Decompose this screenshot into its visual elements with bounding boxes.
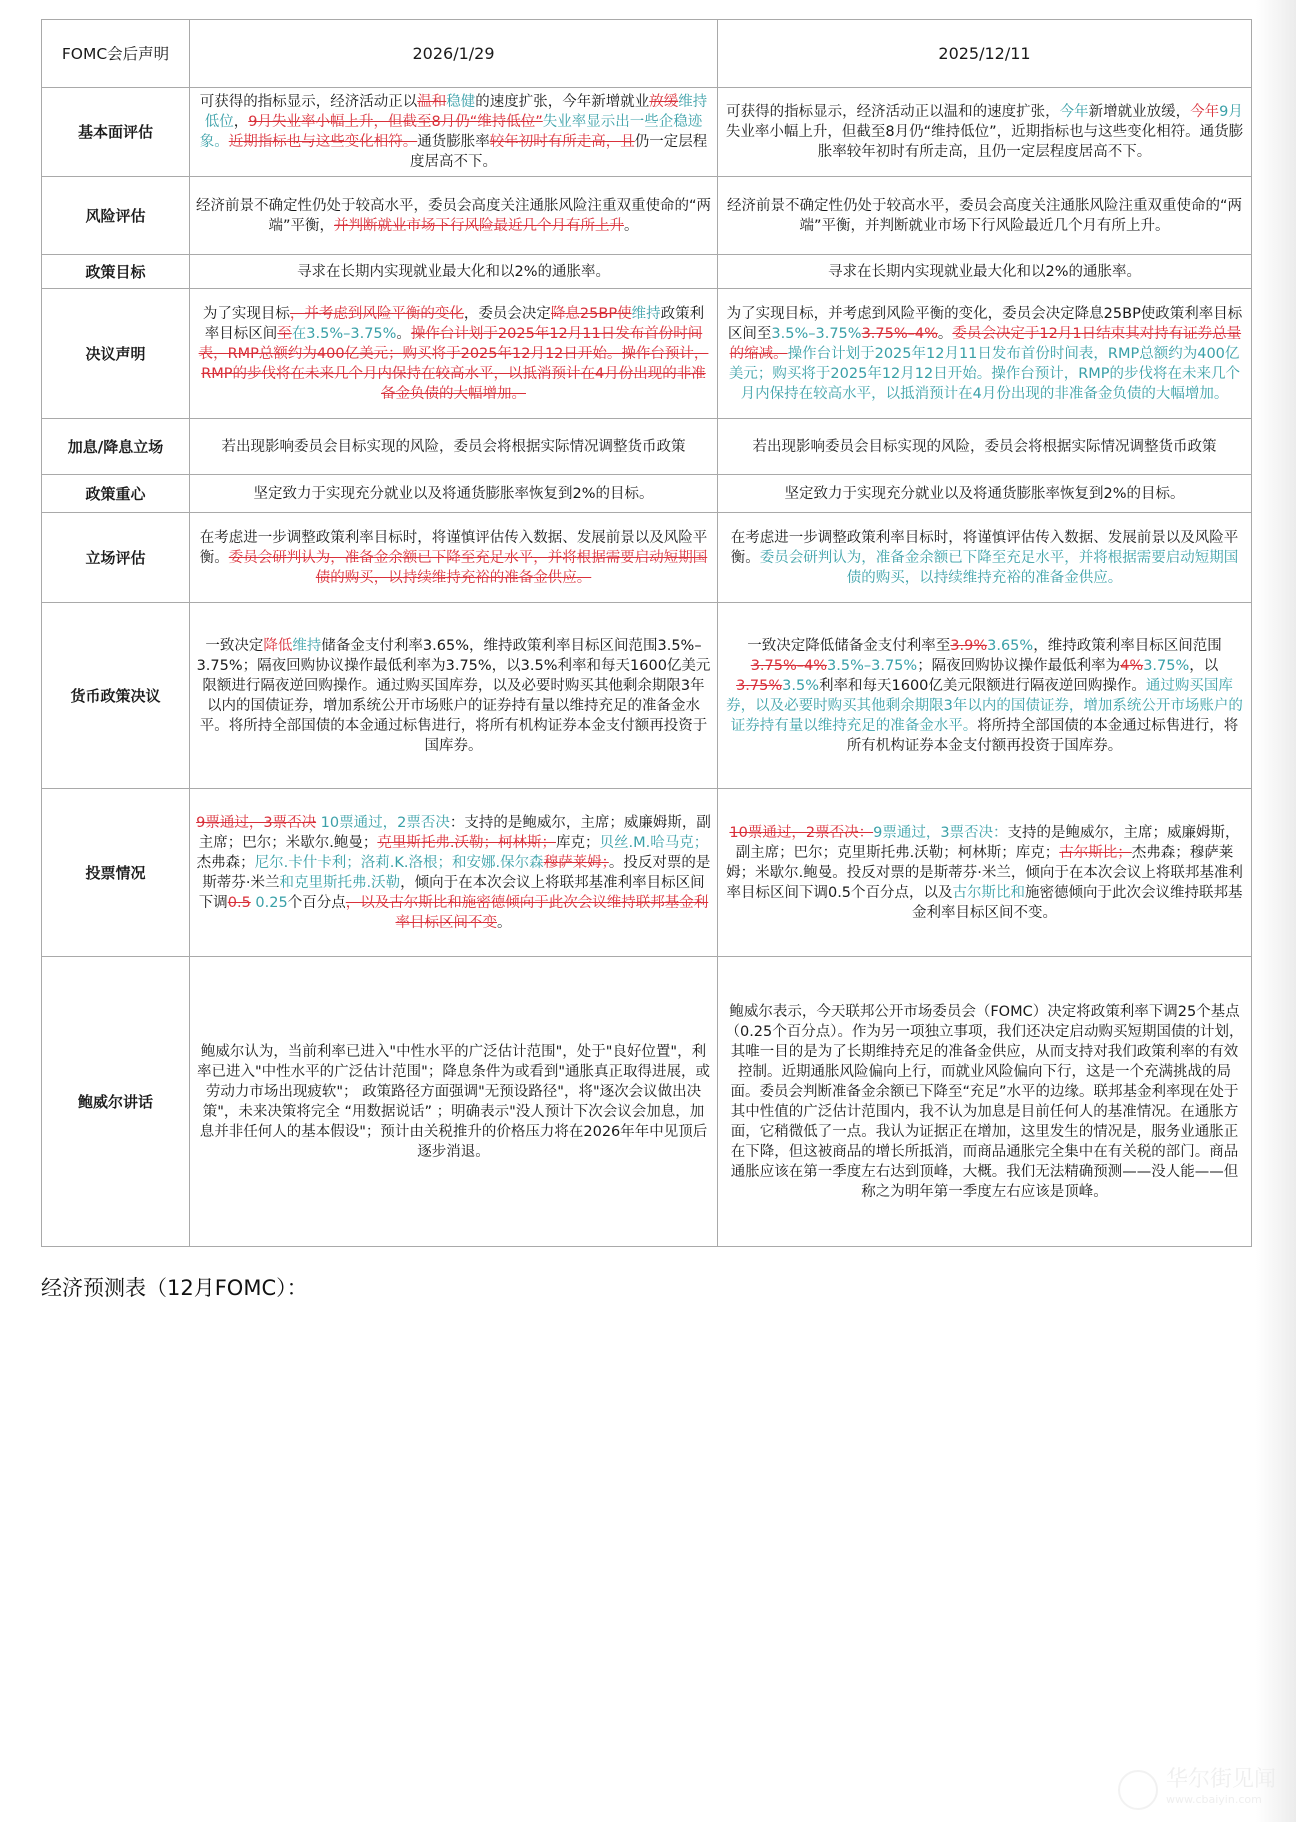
deleted-text: 3.75% — [736, 678, 782, 694]
text-segment: ；隔夜回购协议操作最低利率为 — [917, 658, 1120, 674]
text-segment: 可获得的指标显示，经济活动正以 — [200, 94, 418, 110]
cell-2025-12-11: 若出现影响委员会目标实现的风险，委员会将根据实际情况调整货币政策 — [718, 419, 1252, 475]
row-label: 政策重心 — [42, 475, 190, 513]
table-row-stance-assessment: 立场评估在考虑进一步调整政策利率目标时，将谨慎评估传入数据、发展前景以及风险平衡… — [42, 513, 1252, 603]
text-segment: 可获得的指标显示，经济活动正以温和的速度扩张， — [726, 104, 1060, 120]
cell-2026-1-29: 为了实现目标，并考虑到风险平衡的变化，委员会决定降息25BP使维持政策利率目标区… — [190, 289, 718, 419]
deleted-text: 穆萨莱姆； — [544, 855, 609, 871]
deleted-text: 降息25BP使 — [551, 306, 632, 322]
watermark-name: 华尔街见闻 — [1166, 1770, 1276, 1790]
text-segment: 一致决定降低储备金支付利率至 — [747, 638, 950, 654]
cell-2025-12-11: 鲍威尔表示，今天联邦公开市场委员会（FOMC）决定将政策利率下调25个基点（0.… — [718, 957, 1252, 1247]
deleted-text: 放缓 — [649, 94, 678, 110]
cell-2025-12-11: 一致决定降低储备金支付利率至3.9%3.65%，维持政策利率目标区间范围3.75… — [718, 603, 1252, 789]
row-label: 货币政策决议 — [42, 603, 190, 789]
text-segment: 寻求在长期内实现就业最大化和以2%的通胀率。 — [828, 264, 1141, 280]
header-date-b: 2025/12/11 — [718, 20, 1252, 88]
added-text: 9月 — [1219, 104, 1243, 120]
header-date-a: 2026/1/29 — [190, 20, 718, 88]
deleted-text: 0.5 — [228, 895, 251, 911]
cell-2026-1-29: 寻求在长期内实现就业最大化和以2%的通胀率。 — [190, 255, 718, 289]
text-segment: ， — [234, 114, 249, 130]
table-row-voting: 投票情况9票通过，3票否决 10票通过，2票否决：支持的是鲍威尔，主席；威廉姆斯… — [42, 789, 1252, 957]
added-text: 0.25 — [251, 895, 288, 911]
table-row-decision: 决议声明为了实现目标，并考虑到风险平衡的变化，委员会决定降息25BP使维持政策利… — [42, 289, 1252, 419]
added-text: 维持 — [632, 306, 661, 322]
cell-2025-12-11: 坚定致力于实现充分就业以及将通货膨胀率恢复到2%的目标。 — [718, 475, 1252, 513]
text-segment: 库克； — [556, 835, 600, 851]
cell-2026-1-29: 9票通过，3票否决 10票通过，2票否决：支持的是鲍威尔，主席；威廉姆斯，副主席… — [190, 789, 718, 957]
cell-2026-1-29: 可获得的指标显示，经济活动正以温和稳健的速度扩张，今年新增就业放缓维持低位，9月… — [190, 88, 718, 177]
added-text: 维持 — [292, 638, 321, 654]
watermark-url: www.cbaiyin.com — [1166, 1790, 1276, 1810]
text-segment: 经济前景不确定性仍处于较高水平，委员会高度关注通胀风险注重双重使命的“两端”平衡… — [727, 198, 1242, 234]
text-segment: 鲍威尔认为，当前利率已进入"中性水平的广泛估计范围"，处于"良好位置"，利率已进… — [197, 1044, 710, 1160]
cell-2026-1-29: 鲍威尔认为，当前利率已进入"中性水平的广泛估计范围"，处于"良好位置"，利率已进… — [190, 957, 718, 1247]
fomc-comparison-table: FOMC会后声明 2026/1/29 2025/12/11 基本面评估可获得的指… — [41, 19, 1252, 1247]
added-text: 贝丝.M.哈马克； — [599, 835, 708, 851]
deleted-text: 4% — [1120, 658, 1143, 674]
text-segment: 若出现影响委员会目标实现的风险，委员会将根据实际情况调整货币政策 — [753, 439, 1217, 455]
table-row-powell-remarks: 鲍威尔讲话鲍威尔认为，当前利率已进入"中性水平的广泛估计范围"，处于"良好位置"… — [42, 957, 1252, 1247]
cell-2026-1-29: 一致决定降低维持储备金支付利率3.65%，维持政策利率目标区间范围3.5%–3.… — [190, 603, 718, 789]
text-segment: 。 — [938, 326, 953, 342]
text-segment: 若出现影响委员会目标实现的风险，委员会将根据实际情况调整货币政策 — [222, 439, 686, 455]
added-text: 3.5% — [782, 678, 819, 694]
added-text: 3.5%–3.75% — [827, 658, 917, 674]
page-edge-shadow — [1256, 0, 1296, 1822]
deleted-text: 克里斯托弗.沃勒；柯林斯； — [377, 835, 556, 851]
cell-2025-12-11: 经济前景不确定性仍处于较高水平，委员会高度关注通胀风险注重双重使命的“两端”平衡… — [718, 177, 1252, 255]
added-text: 在3.5%–3.75% — [292, 326, 397, 342]
added-text: 古尔斯比和 — [953, 885, 1026, 901]
text-segment: 。 — [624, 218, 639, 234]
row-label: 风险评估 — [42, 177, 190, 255]
text-segment: 鲍威尔表示，今天联邦公开市场委员会（FOMC）决定将政策利率下调25个基点（0.… — [725, 1004, 1243, 1200]
cell-2025-12-11: 10票通过，2票否决：9票通过，3票否决：支持的是鲍威尔，主席；威廉姆斯，副主席… — [718, 789, 1252, 957]
text-segment: ，委员会决定 — [464, 306, 551, 322]
text-segment: 坚定致力于实现充分就业以及将通货膨胀率恢复到2%的目标。 — [784, 486, 1184, 502]
added-text: 10票通过，2票否决 — [316, 815, 450, 831]
text-segment: 。 — [497, 915, 512, 931]
text-segment: 为了实现目标 — [203, 306, 290, 322]
text-segment: 一致决定 — [205, 638, 263, 654]
changed-text: 今年 — [1190, 104, 1219, 120]
table-row-monetary-policy: 货币政策决议一致决定降低维持储备金支付利率3.65%，维持政策利率目标区间范围3… — [42, 603, 1252, 789]
row-label: 立场评估 — [42, 513, 190, 603]
deleted-text: 3.75%–4% — [862, 326, 938, 342]
deleted-text: 并判断就业市场下行风险最近几个月有所上升 — [334, 218, 624, 234]
deleted-text: 较年初时有所走高，且 — [490, 134, 635, 150]
table-row-policy-goal: 政策目标寻求在长期内实现就业最大化和以2%的通胀率。寻求在长期内实现就业最大化和… — [42, 255, 1252, 289]
row-label: 政策目标 — [42, 255, 190, 289]
changed-text: 降低 — [263, 638, 292, 654]
deleted-text: 9票通过，3票否决 — [196, 815, 316, 831]
economic-projections-heading: 经济预测表（12月FOMC）： — [41, 1272, 308, 1302]
row-label: 鲍威尔讲话 — [42, 957, 190, 1247]
text-segment: 储备金支付利率3.65%，维持政策利率目标区间范围3.5%–3.75%；隔夜回购… — [197, 638, 711, 754]
deleted-text: 3.75%–4% — [751, 658, 827, 674]
row-label: 投票情况 — [42, 789, 190, 957]
deleted-text: 10票通过，2票否决： — [729, 825, 873, 841]
table-row-rate-stance: 加息/降息立场若出现影响委员会目标实现的风险，委员会将根据实际情况调整货币政策若… — [42, 419, 1252, 475]
deleted-text: 近期指标也与这些变化相符。 — [229, 134, 418, 150]
cell-2026-1-29: 经济前景不确定性仍处于较高水平，委员会高度关注通胀风险注重双重使命的“两端”平衡… — [190, 177, 718, 255]
header-row: FOMC会后声明 2026/1/29 2025/12/11 — [42, 20, 1252, 88]
row-label: 基本面评估 — [42, 88, 190, 177]
table-row-fundamentals: 基本面评估可获得的指标显示，经济活动正以温和稳健的速度扩张，今年新增就业放缓维持… — [42, 88, 1252, 177]
text-segment: 杰弗森； — [197, 855, 255, 871]
text-segment: 个百分点 — [288, 895, 346, 911]
deleted-text: 委员会研判认为，准备金余额已下降至充足水平，并将根据需要启动短期国债的购买，以持… — [229, 550, 708, 586]
cell-2025-12-11: 在考虑进一步调整政策利率目标时，将谨慎评估传入数据、发展前景以及风险平衡。委员会… — [718, 513, 1252, 603]
added-text: 9票通过，3票否决： — [873, 825, 1007, 841]
text-segment: 。 — [396, 326, 411, 342]
added-text: 3.5%–3.75% — [771, 326, 861, 342]
deleted-text: ，并考虑到风险平衡的变化 — [290, 306, 464, 322]
header-label: FOMC会后声明 — [42, 20, 190, 88]
text-segment: 的速度扩张，今年新增就业 — [475, 94, 649, 110]
cell-2026-1-29: 坚定致力于实现充分就业以及将通货膨胀率恢复到2%的目标。 — [190, 475, 718, 513]
cell-2026-1-29: 若出现影响委员会目标实现的风险，委员会将根据实际情况调整货币政策 — [190, 419, 718, 475]
deleted-text: 3.9% — [950, 638, 987, 654]
row-label: 加息/降息立场 — [42, 419, 190, 475]
deleted-text: 古尔斯比； — [1059, 845, 1132, 861]
text-segment: 失业率小幅上升，但截至8月仍“维持低位”，近期指标也与这些变化相符。通货膨胀率较… — [726, 124, 1243, 160]
cell-2025-12-11: 可获得的指标显示，经济活动正以温和的速度扩张，今年新增就业放缓，今年9月失业率小… — [718, 88, 1252, 177]
text-segment: 利率和每天1600亿美元限额进行隔夜逆回购操作。 — [819, 678, 1146, 694]
cell-2025-12-11: 寻求在长期内实现就业最大化和以2%的通胀率。 — [718, 255, 1252, 289]
added-text: 今年 — [1060, 104, 1089, 120]
watermark-logo-icon — [1118, 1770, 1158, 1810]
added-text: 稳健 — [446, 94, 475, 110]
text-segment: 新增就业放缓， — [1089, 104, 1191, 120]
deleted-text: ，以及古尔斯比和施密德倾向于此次会议维持联邦基金利率目标区间不变 — [346, 895, 709, 931]
text-segment: ，维持政策利率目标区间范围 — [1033, 638, 1222, 654]
text-segment: 通货膨胀率 — [417, 134, 490, 150]
added-text: 3.65% — [987, 638, 1033, 654]
deleted-text: 至 — [277, 326, 292, 342]
table-row-risk: 风险评估经济前景不确定性仍处于较高水平，委员会高度关注通胀风险注重双重使命的“两… — [42, 177, 1252, 255]
added-text: 委员会研判认为，准备金余额已下降至充足水平，并将根据需要启动短期国债的购买，以持… — [760, 550, 1239, 586]
watermark: 华尔街见闻 www.cbaiyin.com — [1118, 1770, 1276, 1810]
deleted-text: 9月失业率小幅上升，但截至8月仍“维持低位” — [248, 114, 542, 130]
added-text: 3.75% — [1143, 658, 1189, 674]
text-segment: 寻求在长期内实现就业最大化和以2%的通胀率。 — [297, 264, 610, 280]
table-row-policy-focus: 政策重心坚定致力于实现充分就业以及将通货膨胀率恢复到2%的目标。坚定致力于实现充… — [42, 475, 1252, 513]
added-text: 和克里斯托弗.沃勒 — [280, 875, 401, 891]
text-segment: 坚定致力于实现充分就业以及将通货膨胀率恢复到2%的目标。 — [253, 486, 653, 502]
row-label: 决议声明 — [42, 289, 190, 419]
cell-2026-1-29: 在考虑进一步调整政策利率目标时，将谨慎评估传入数据、发展前景以及风险平衡。委员会… — [190, 513, 718, 603]
deleted-text: 温和 — [417, 94, 446, 110]
text-segment: ，以 — [1189, 658, 1218, 674]
added-text: 操作台计划于2025年12月11日发布首份时间表，RMP总额约为400亿美元；购… — [729, 346, 1240, 402]
added-text: 尼尔.卡什卡利；洛莉.K.洛根；和安娜.保尔森 — [255, 855, 544, 871]
cell-2025-12-11: 为了实现目标，并考虑到风险平衡的变化，委员会决定降息25BP使政策利率目标区间至… — [718, 289, 1252, 419]
